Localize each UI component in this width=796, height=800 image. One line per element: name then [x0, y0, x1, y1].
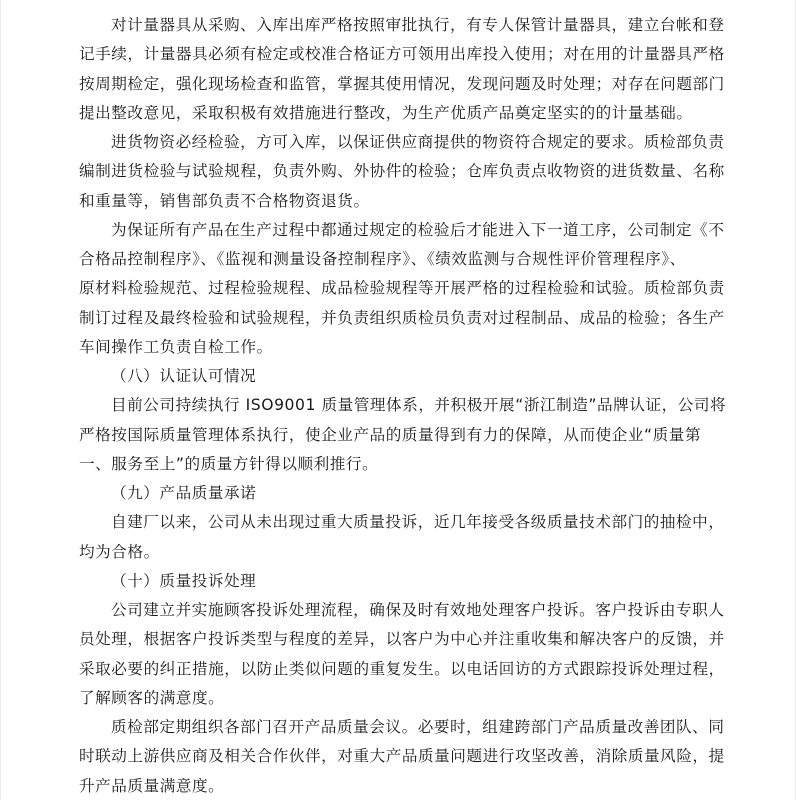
paragraph-measuring-instruments: 对计量器具从采购、入库出库严格按照审批执行，有专人保管计量器具，建立台帐和登 记… [79, 11, 715, 128]
text-line: 目前公司持续执行 ISO9001 质量管理体系，并积极开展“浙江制造”品牌认证，… [79, 391, 715, 420]
text-line: 原材料检验规范、过程检验规程、成品检验规程等开展严格的过程检验和试验。质检部负责 [79, 274, 715, 303]
text-line: 记手续，计量器具必须有检定或校准合格证方可领用出库投入使用；对在用的计量器具严格 [79, 40, 715, 69]
text-line: 编制进货检验与试验规程，负责外购、外协件的检验；仓库负责点收物资的进货数量、名称 [79, 157, 715, 186]
paragraph-quality-meetings: 质检部定期组织各部门召开产品质量会议。必要时，组建跨部门产品质量改善团队、同 时… [79, 713, 715, 800]
section-heading: （八）认证认可情况 [79, 362, 715, 391]
text-line: 进货物资必经检验，方可入库，以保证供应商提供的物资符合规定的要求。质检部负责 [79, 128, 715, 157]
text-line: 提出整改意见，采取积极有效措施进行整改，为生产优质产品奠定坚实的的计量基础。 [79, 99, 715, 128]
section-heading-certification: （八）认证认可情况 [79, 362, 715, 391]
text-line: 员处理，根据客户投诉类型与程度的差异，以客户为中心并注重收集和解决客户的反馈，并 [79, 625, 715, 654]
text-line: 自建厂以来，公司从未出现过重大质量投诉，近几年接受各级质量技术部门的抽检中， [79, 508, 715, 537]
paragraph-quality-commitment: 自建厂以来，公司从未出现过重大质量投诉，近几年接受各级质量技术部门的抽检中， 均… [79, 508, 715, 567]
text-line: 时联动上游供应商及相关合作伙伴，对重大产品质量问题进行攻坚改善，消除质量风险，提 [79, 742, 715, 771]
text-line: 严格按国际质量管理体系执行，使企业产品的质量得到有力的保障，从而使企业“质量第 [79, 421, 715, 450]
document-page: 对计量器具从采购、入库出库严格按照审批执行，有专人保管计量器具，建立台帐和登 记… [0, 0, 796, 800]
text-line: 对计量器具从采购、入库出库严格按照审批执行，有专人保管计量器具，建立台帐和登 [79, 11, 715, 40]
paragraph-process-inspection: 为保证所有产品在生产过程中都通过规定的检验后才能进入下一道工序，公司制定《不 合… [79, 216, 715, 362]
section-heading: （九）产品质量承诺 [79, 479, 715, 508]
text-line: 按周期检定，强化现场检查和监管，掌握其使用情况，发现问题及时处理；对存在问题部门 [79, 70, 715, 99]
text-line: 采取必要的纠正措施，以防止类似问题的重复发生。以电话回访的方式跟踪投诉处理过程， [79, 655, 715, 684]
text-line: 公司建立并实施顾客投诉处理流程，确保及时有效地处理客户投诉。客户投诉由专职人 [79, 596, 715, 625]
text-line: 升产品质量满意度。 [79, 772, 715, 800]
document-body: 对计量器具从采购、入库出库严格按照审批执行，有专人保管计量器具，建立台帐和登 记… [79, 11, 715, 800]
section-heading-quality-commitment: （九）产品质量承诺 [79, 479, 715, 508]
text-line: 为保证所有产品在生产过程中都通过规定的检验后才能进入下一道工序，公司制定《不 [79, 216, 715, 245]
text-line: 制订过程及最终检验和试验规程，并负责组织质检员负责对过程制品、成品的检验；各生产 [79, 304, 715, 333]
text-line: 车间操作工负责自检工作。 [79, 333, 715, 362]
text-line: 和重量等，销售部负责不合格物资退货。 [79, 187, 715, 216]
text-line: 质检部定期组织各部门召开产品质量会议。必要时，组建跨部门产品质量改善团队、同 [79, 713, 715, 742]
text-line: 一、服务至上”的质量方针得以顺利推行。 [79, 450, 715, 479]
section-heading-complaint-handling: （十）质量投诉处理 [79, 567, 715, 596]
paragraph-certification: 目前公司持续执行 ISO9001 质量管理体系，并积极开展“浙江制造”品牌认证，… [79, 391, 715, 479]
text-line: 均为合格。 [79, 538, 715, 567]
paragraph-complaint-process: 公司建立并实施顾客投诉处理流程，确保及时有效地处理客户投诉。客户投诉由专职人 员… [79, 596, 715, 713]
section-heading: （十）质量投诉处理 [79, 567, 715, 596]
paragraph-incoming-inspection: 进货物资必经检验，方可入库，以保证供应商提供的物资符合规定的要求。质检部负责 编… [79, 128, 715, 216]
text-line: 了解顾客的满意度。 [79, 684, 715, 713]
text-line: 合格品控制程序》、《监视和测量设备控制程序》、《绩效监测与合规性评价管理程序》、 [79, 245, 715, 274]
